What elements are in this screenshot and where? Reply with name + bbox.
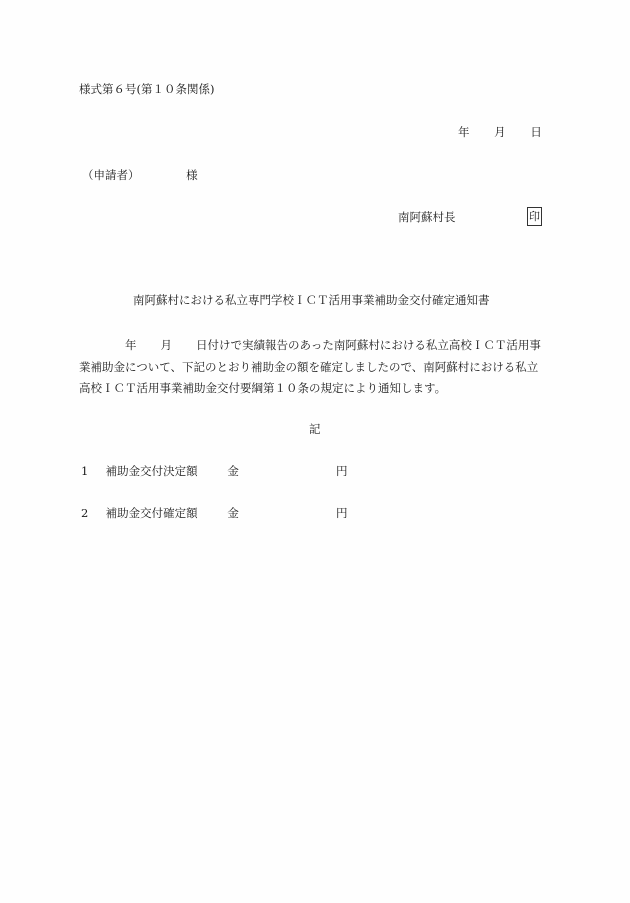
item-label: 補助金交付決定額 xyxy=(106,463,224,479)
seal-stamp-box: 印 xyxy=(527,207,542,226)
form-number: 様式第６号(第１０条関係) xyxy=(79,81,214,97)
ki-heading: 記 xyxy=(309,421,321,437)
item-amount-prefix: 金 xyxy=(227,505,332,521)
document-title: 南阿蘇村における私立専門学校ＩＣＴ活用事業補助金交付確定通知書 xyxy=(133,292,490,308)
issuer-name: 南阿蘇村長 xyxy=(398,209,456,225)
item-amount-unit: 円 xyxy=(336,463,348,479)
date-line: 年 月 日 xyxy=(458,124,542,140)
body-line-2: 業補助金について、下記のとおり補助金の額を確定しましたので、南阿蘇村における私立 xyxy=(79,357,553,379)
item-number: 2 xyxy=(81,506,102,520)
list-item-decision-amount: 1 補助金交付決定額 金 円 xyxy=(81,463,347,479)
applicant-line: （申請者） 様 xyxy=(82,167,198,183)
applicant-honorific: 様 xyxy=(186,167,198,183)
list-item-confirmed-amount: 2 補助金交付確定額 金 円 xyxy=(81,505,347,521)
body-line-3: 高校ＩＣＴ活用事業補助金交付要綱第１０条の規定により通知します。 xyxy=(79,378,553,400)
date-day-label: 日 xyxy=(530,124,542,140)
date-year-label: 年 xyxy=(458,124,470,140)
body-paragraph: 年月日付けで実績報告のあった南阿蘇村における私立高校ＩＣＴ活用事 業補助金につい… xyxy=(79,335,553,400)
item-number: 1 xyxy=(81,464,102,478)
body-line-1: 年月日付けで実績報告のあった南阿蘇村における私立高校ＩＣＴ活用事 xyxy=(79,335,553,357)
body-line-1-text: 日付けで実績報告のあった南阿蘇村における私立高校ＩＣＴ活用事 xyxy=(196,338,541,352)
date-month-label: 月 xyxy=(494,124,506,140)
item-amount-prefix: 金 xyxy=(227,463,332,479)
body-year-label: 年 xyxy=(125,338,137,352)
item-label: 補助金交付確定額 xyxy=(106,505,224,521)
applicant-label: （申請者） xyxy=(82,168,140,182)
body-month-label: 月 xyxy=(161,338,173,352)
item-amount-unit: 円 xyxy=(336,505,348,521)
